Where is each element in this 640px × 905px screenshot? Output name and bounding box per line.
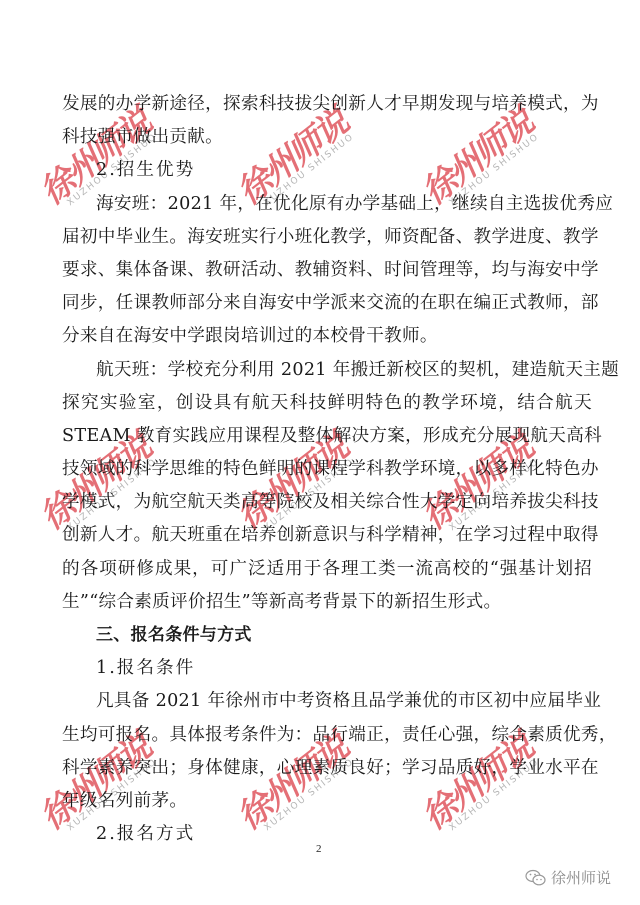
body-line: 凡具备 2021 年徐州市中考资格且品学兼优的市区初中应届毕业 <box>62 685 592 718</box>
body-line: 生”“综合素质评价招生”等新高考背景下的新招生形式。 <box>62 586 592 619</box>
body-line: 创新人才。航天班重在培养创新意识与科学精神，在学习过程中取得 <box>62 519 592 552</box>
wechat-icon <box>525 869 547 887</box>
body-line: 技领域的科学思维的特色鲜明的课程学科教学环境，以多样化特色办 <box>62 453 592 486</box>
body-line: 届初中毕业生。海安班实行小班化教学，师资配备、教学进度、教学 <box>62 221 592 254</box>
body-line: 的各项研修成果，可广泛适用于各理工类一流高校的“强基计划招 <box>62 553 592 586</box>
document-page: 徐州师说XUZHOU SHISHUO徐州师说XUZHOU SHISHUO徐州师说… <box>0 0 640 905</box>
body-line: 分来自在海安中学跟岗培训过的本校骨干教师。 <box>62 320 592 353</box>
body-line: 探究实验室，创设具有航天科技鲜明特色的教学环境，结合航天 <box>62 387 592 420</box>
body-line: 科技强市做出贡献。 <box>62 121 592 154</box>
page-number: 2 <box>316 843 322 855</box>
body-line: 科学素养突出；身体健康，心理素质良好；学习品质好，学业水平在 <box>62 752 592 785</box>
brand-signature: 徐州师说 <box>525 867 611 888</box>
subheading-enrollment-advantages: 2.招生优势 <box>62 154 592 187</box>
body-line: 要求、集体备课、教研活动、教辅资料、时间管理等，均与海安中学 <box>62 254 592 287</box>
body-line: STEAM 教育实践应用课程及整体解决方案，形成充分展现航天高科 <box>62 420 592 453</box>
document-body: 发展的办学新途径，探索科技拔尖创新人才早期发现与培养模式，为 科技强市做出贡献。… <box>62 88 592 851</box>
body-line: 年级名列前茅。 <box>62 785 592 818</box>
subheading-registration-method: 2.报名方式 <box>62 818 592 851</box>
body-line: 海安班：2021 年，在优化原有办学基础上，继续自主选拔优秀应 <box>62 188 592 221</box>
body-line: 航天班：学校充分利用 2021 年搬迁新校区的契机，建造航天主题 <box>62 354 592 387</box>
subheading-registration-conditions: 1.报名条件 <box>62 652 592 685</box>
body-line: 同步，任课教师部分来自海安中学派来交流的在职在编正式教师，部 <box>62 287 592 320</box>
body-line: 生均可报名。具体报考条件为：品行端正，责任心强，综合素质优秀， <box>62 719 592 752</box>
body-line: 学模式，为航空航天类高等院校及相关综合性大学定向培养拔尖科技 <box>62 486 592 519</box>
brand-label: 徐州师说 <box>551 867 611 888</box>
section-heading-registration: 三、报名条件与方式 <box>62 619 592 652</box>
body-line: 发展的办学新途径，探索科技拔尖创新人才早期发现与培养模式，为 <box>62 88 592 121</box>
